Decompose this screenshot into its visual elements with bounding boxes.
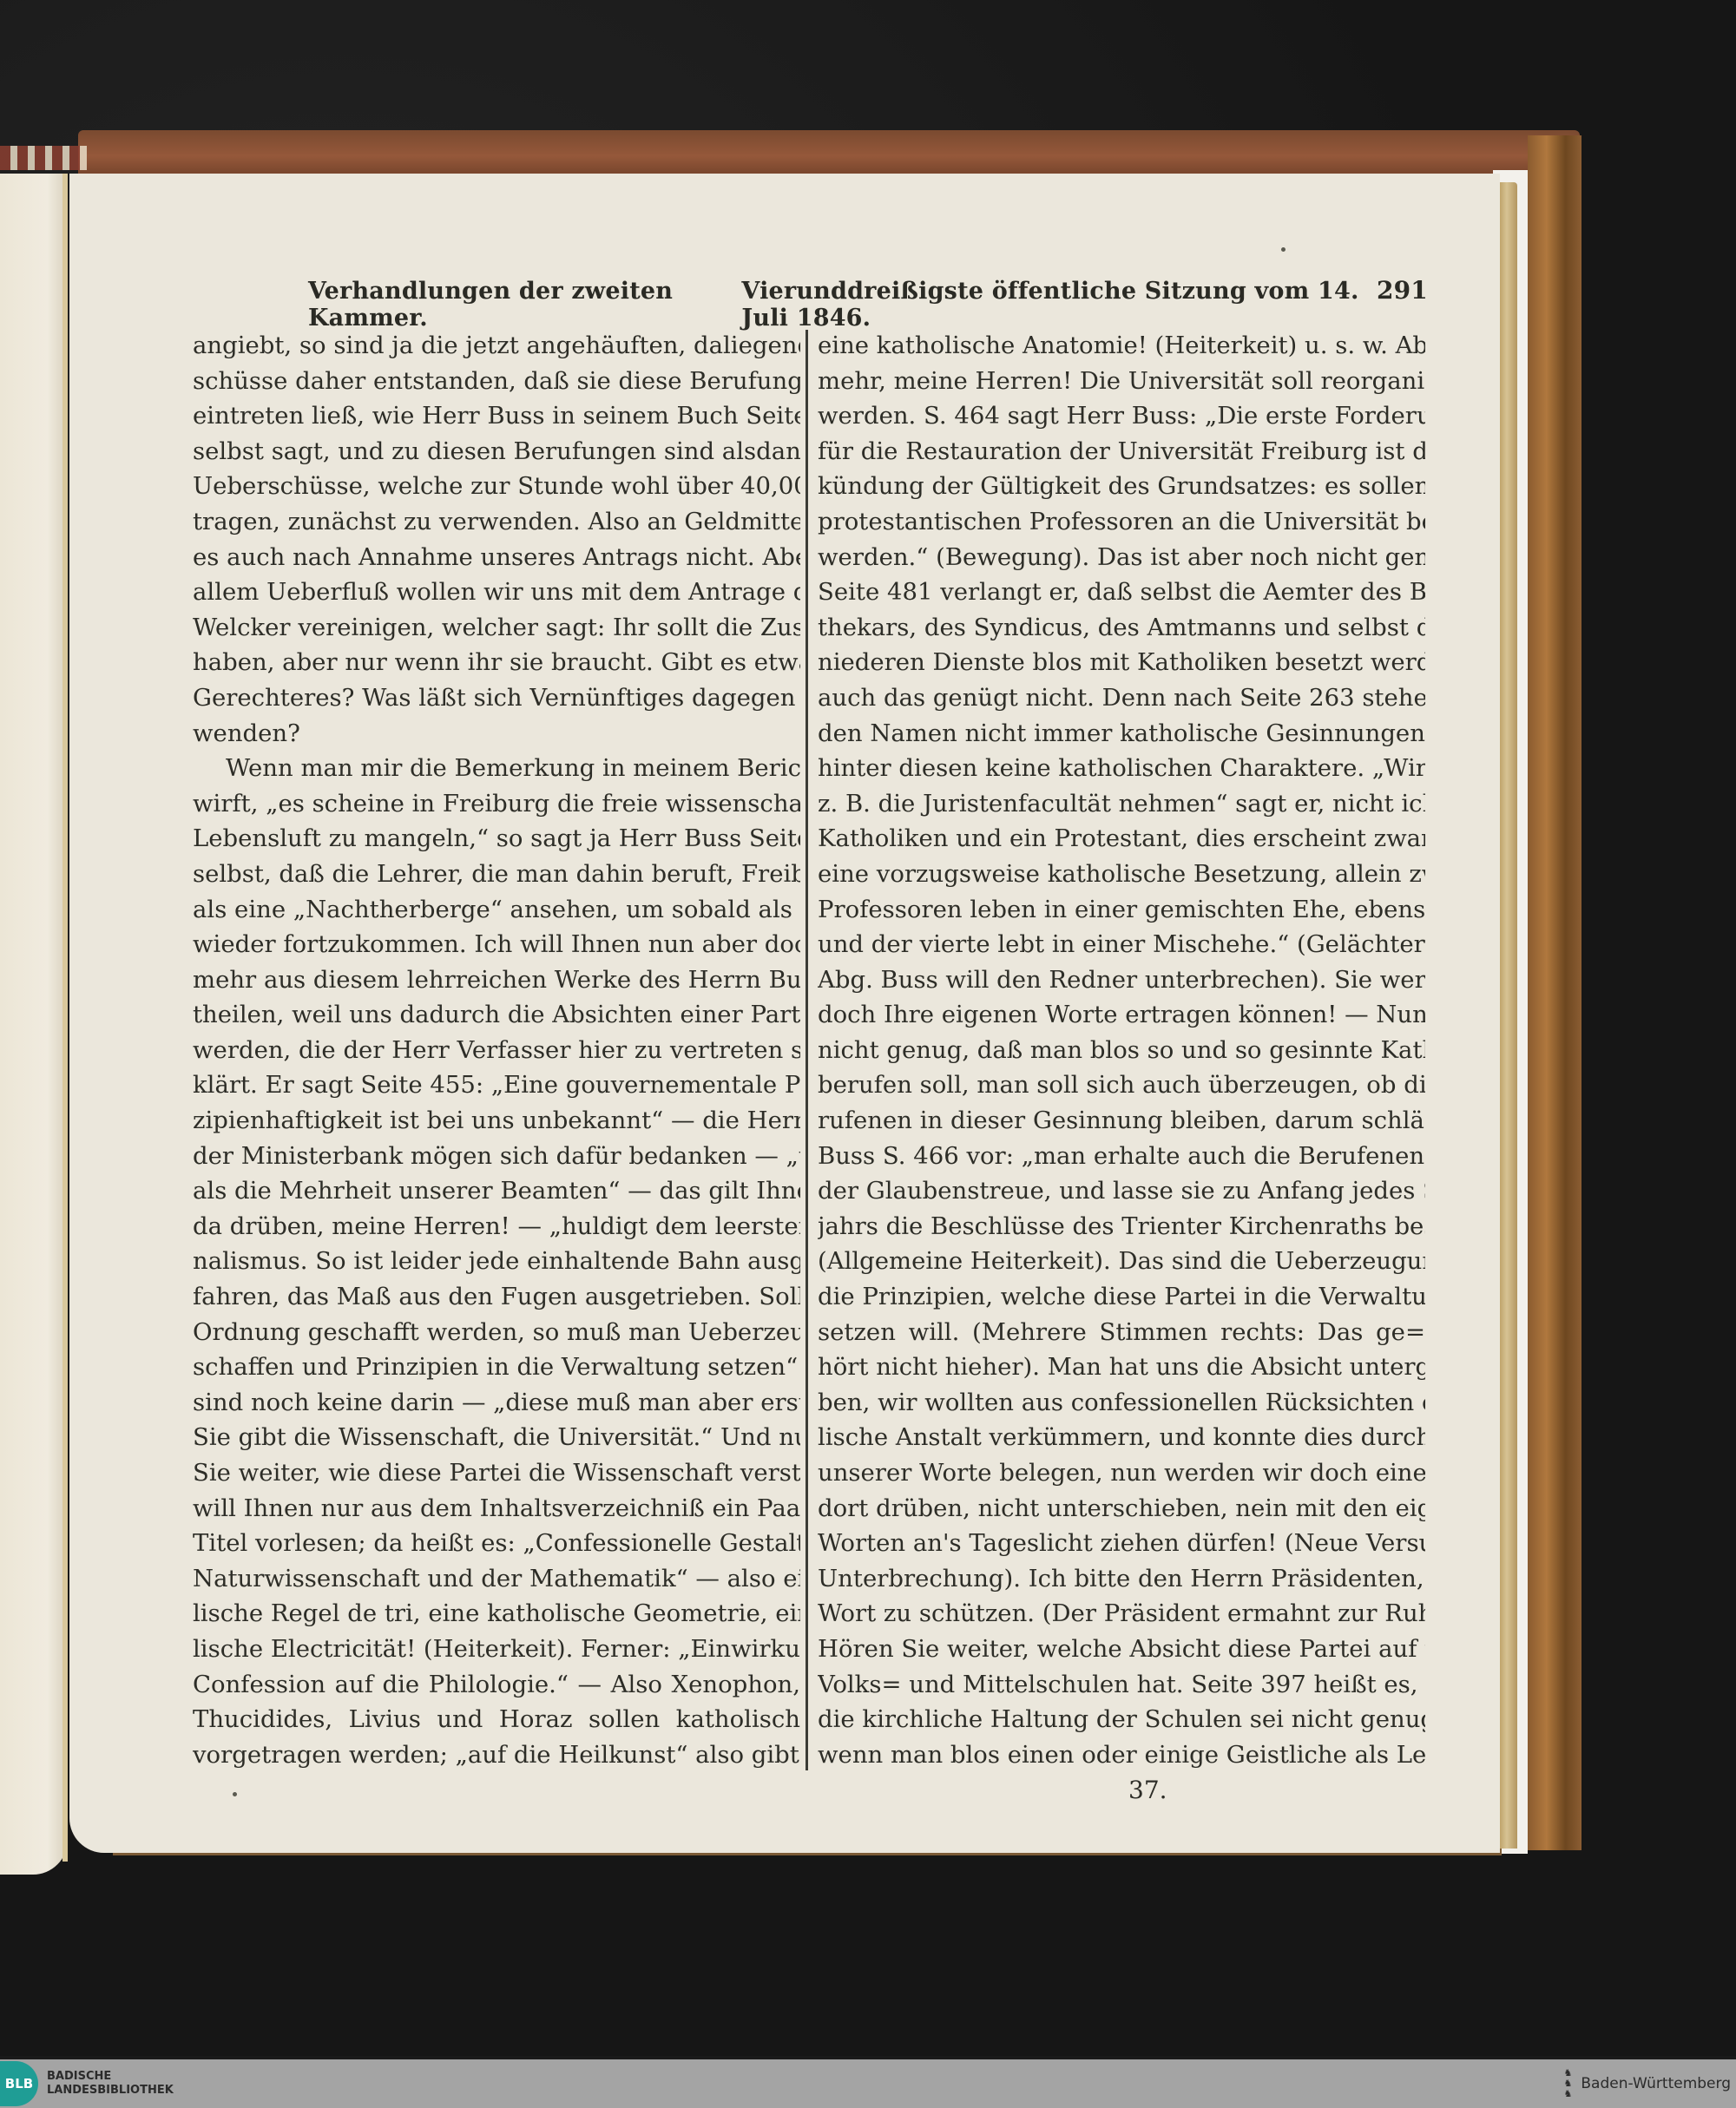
text-line: Hören Sie weiter, welche Absicht diese P…: [818, 1632, 1425, 1667]
running-header: Verhandlungen der zweiten Kammer. Vierun…: [308, 276, 1428, 314]
text-line: als eine „Nachtherberge“ ansehen, um sob…: [193, 892, 800, 928]
text-line: Sie weiter, wie diese Partei die Wissens…: [193, 1455, 800, 1491]
book-headband: [0, 146, 87, 170]
text-line: unserer Worte belegen, nun werden wir do…: [818, 1455, 1425, 1491]
text-line: den Namen nicht immer katholische Gesinn…: [818, 716, 1425, 752]
text-line: es auch nach Annahme unseres Antrags nic…: [193, 540, 800, 575]
library-name-line2: LANDESBIBLIOTHEK: [47, 2084, 174, 2098]
text-line: Titel vorlesen; da heißt es: „Confession…: [193, 1526, 800, 1561]
text-line: Ordnung geschafft werden, so muß man Ueb…: [193, 1315, 800, 1350]
footer-bar: BLB BADISCHE LANDESBIBLIOTHEK ♞♞♞ Baden-…: [0, 2059, 1736, 2108]
text-line: Wenn man mir die Bemerkung in meinem Ber…: [193, 751, 800, 786]
text-line: werden.“ (Bewegung). Das ist aber noch n…: [818, 540, 1425, 575]
text-line: Seite 481 verlangt er, daß selbst die Ae…: [818, 575, 1425, 610]
text-line: Thucidides, Livius und Horaz sollen kath…: [193, 1702, 800, 1737]
text-line: selbst sagt, und zu diesen Berufungen si…: [193, 434, 800, 470]
paper-speck: [233, 1792, 237, 1796]
text-line: da drüben, meine Herren! — „huldigt dem …: [193, 1209, 800, 1244]
text-line: kündung der Gültigkeit des Grundsatzes: …: [818, 469, 1425, 504]
text-line: Naturwissenschaft und der Mathematik“ — …: [193, 1561, 800, 1597]
text-line: eine vorzugsweise katholische Besetzung,…: [818, 857, 1425, 892]
text-line: selbst, daß die Lehrer, die man dahin be…: [193, 857, 800, 892]
text-column-right: eine katholische Anatomie! (Heiterkeit) …: [818, 328, 1425, 1772]
paper-speck: [1281, 247, 1286, 252]
text-line: wieder fortzukommen. Ich will Ihnen nun …: [193, 927, 800, 962]
text-line: der Ministerbank mögen sich dafür bedank…: [193, 1139, 800, 1174]
page-number: 291: [1377, 276, 1428, 305]
running-header-session: Vierunddreißigste öffentliche Sitzung vo…: [741, 278, 1377, 332]
text-line: dort drüben, nicht unterschieben, nein m…: [818, 1491, 1425, 1527]
text-line: Gerechteres? Was läßt sich Vernünftiges …: [193, 680, 800, 716]
text-line: will Ihnen nur aus dem Inhaltsverzeichni…: [193, 1491, 800, 1527]
text-line: hinter diesen keine katholischen Charakt…: [818, 751, 1425, 786]
text-line: hört nicht hieher). Man hat uns die Absi…: [818, 1350, 1425, 1385]
text-line: tragen, zunächst zu verwenden. Also an G…: [193, 504, 800, 540]
text-line: berufen soll, man soll sich auch überzeu…: [818, 1067, 1425, 1103]
text-line: Wort zu schützen. (Der Präsident ermahnt…: [818, 1596, 1425, 1632]
text-line: Katholiken und ein Protestant, dies ersc…: [818, 821, 1425, 857]
text-line: theilen, weil uns dadurch die Absichten …: [193, 997, 800, 1033]
text-line: Sie gibt die Wissenschaft, die Universit…: [193, 1420, 800, 1455]
text-line: (Allgemeine Heiterkeit). Das sind die Ue…: [818, 1244, 1425, 1279]
text-line: die Prinzipien, welche diese Partei in d…: [818, 1279, 1425, 1315]
text-line: für die Restauration der Universität Fre…: [818, 434, 1425, 470]
text-line: der Glaubenstreue, und lasse sie zu Anfa…: [818, 1173, 1425, 1209]
text-line: protestantischen Professoren an die Univ…: [818, 504, 1425, 540]
text-line: Lebensluft zu mangeln,“ so sagt ja Herr …: [193, 821, 800, 857]
running-header-title: Verhandlungen der zweiten Kammer.: [308, 278, 722, 332]
text-line: werden. S. 464 sagt Herr Buss: „Die erst…: [818, 398, 1425, 434]
text-line: Ueberschüsse, welche zur Stunde wohl übe…: [193, 469, 800, 504]
text-line: lische Electricität! (Heiterkeit). Ferne…: [193, 1632, 800, 1667]
text-line: wirft, „es scheine in Freiburg die freie…: [193, 786, 800, 822]
text-line: auch das genügt nicht. Denn nach Seite 2…: [818, 680, 1425, 716]
text-line: lische Regel de tri, eine katholische Ge…: [193, 1596, 800, 1632]
text-line: doch Ihre eigenen Worte ertragen können!…: [818, 997, 1425, 1033]
text-line: die kirchliche Haltung der Schulen sei n…: [818, 1702, 1425, 1737]
text-line: mehr, meine Herren! Die Universität soll…: [818, 364, 1425, 399]
text-line: und der vierte lebt in einer Mischehe.“ …: [818, 927, 1425, 962]
text-line: setzen will. (Mehrere Stimmen rechts: Da…: [818, 1315, 1425, 1350]
text-line: Buss S. 466 vor: „man erhalte auch die B…: [818, 1139, 1425, 1174]
text-line: eintreten ließ, wie Herr Buss in seinem …: [193, 398, 800, 434]
text-line: Volks= und Mittelschulen hat. Seite 397 …: [818, 1667, 1425, 1703]
library-name-line1: BADISCHE: [47, 2070, 174, 2084]
text-line: klärt. Er sagt Seite 455: „Eine gouverne…: [193, 1067, 800, 1103]
text-line: nicht genug, daß man blos so und so gesi…: [818, 1033, 1425, 1068]
verso-page-sliver: [0, 174, 68, 1875]
text-line: allem Ueberfluß wollen wir uns mit dem A…: [193, 575, 800, 610]
text-line: angiebt, so sind ja die jetzt angehäufte…: [193, 328, 800, 364]
text-line: schaffen und Prinzipien in die Verwaltun…: [193, 1350, 800, 1385]
text-line: jahrs die Beschlüsse des Trienter Kirche…: [818, 1209, 1425, 1244]
text-line: rufenen in dieser Gesinnung bleiben, dar…: [818, 1103, 1425, 1139]
text-line: sind noch keine darin — „diese muß man a…: [193, 1385, 800, 1421]
text-line: wenn man blos einen oder einige Geistlic…: [818, 1737, 1425, 1773]
state-name: Baden-Württemberg: [1581, 2075, 1731, 2092]
text-line: mehr aus diesem lehrreichen Werke des He…: [193, 962, 800, 998]
text-line: lische Anstalt verkümmern, und konnte di…: [818, 1420, 1425, 1455]
text-line: wenden?: [193, 716, 800, 752]
page-gilt-edge: [1500, 182, 1517, 1849]
text-line: nalismus. So ist leider jede einhaltende…: [193, 1244, 800, 1279]
text-line: Confession auf die Philologie.“ — Also X…: [193, 1667, 800, 1703]
bw-logo[interactable]: ♞♞♞ Baden-Württemberg: [1564, 2068, 1736, 2099]
text-line: zipienhaftigkeit ist bei uns unbekannt“ …: [193, 1103, 800, 1139]
text-line: fahren, das Maß aus den Fugen ausgetrieb…: [193, 1279, 800, 1315]
text-line: Welcker vereinigen, welcher sagt: Ihr so…: [193, 610, 800, 646]
text-column-left: angiebt, so sind ja die jetzt angehäufte…: [193, 328, 800, 1772]
column-rule: [806, 330, 808, 1770]
text-line: Abg. Buss will den Redner unterbrechen).…: [818, 962, 1425, 998]
text-line: als die Mehrheit unserer Beamten“ — das …: [193, 1173, 800, 1209]
signature-mark: 37.: [1128, 1776, 1167, 1804]
text-line: z. B. die Juristenfacultät nehmen“ sagt …: [818, 786, 1425, 822]
blb-badge-icon: BLB: [0, 2061, 38, 2106]
text-line: werden, die der Herr Verfasser hier zu v…: [193, 1033, 800, 1068]
text-line: ben, wir wollten aus confessionellen Rüc…: [818, 1385, 1425, 1421]
blb-logo[interactable]: BLB BADISCHE LANDESBIBLIOTHEK: [0, 2059, 174, 2108]
book-gutter: [62, 174, 68, 1862]
text-line: eine katholische Anatomie! (Heiterkeit) …: [818, 328, 1425, 364]
text-line: Professoren leben in einer gemischten Eh…: [818, 892, 1425, 928]
text-line: haben, aber nur wenn ihr sie braucht. Gi…: [193, 645, 800, 680]
library-name: BADISCHE LANDESBIBLIOTHEK: [47, 2070, 174, 2098]
text-line: Worten an's Tageslicht ziehen dürfen! (N…: [818, 1526, 1425, 1561]
text-line: niederen Dienste blos mit Katholiken bes…: [818, 645, 1425, 680]
book-cover-right: [1528, 135, 1581, 1850]
text-line: thekars, des Syndicus, des Amtmanns und …: [818, 610, 1425, 646]
three-lions-icon: ♞♞♞: [1564, 2068, 1573, 2099]
text-line: vorgetragen werden; „auf die Heilkunst“ …: [193, 1737, 800, 1773]
text-line: Unterbrechung). Ich bitte den Herrn Präs…: [818, 1561, 1425, 1597]
text-line: schüsse daher entstanden, daß sie diese …: [193, 364, 800, 399]
